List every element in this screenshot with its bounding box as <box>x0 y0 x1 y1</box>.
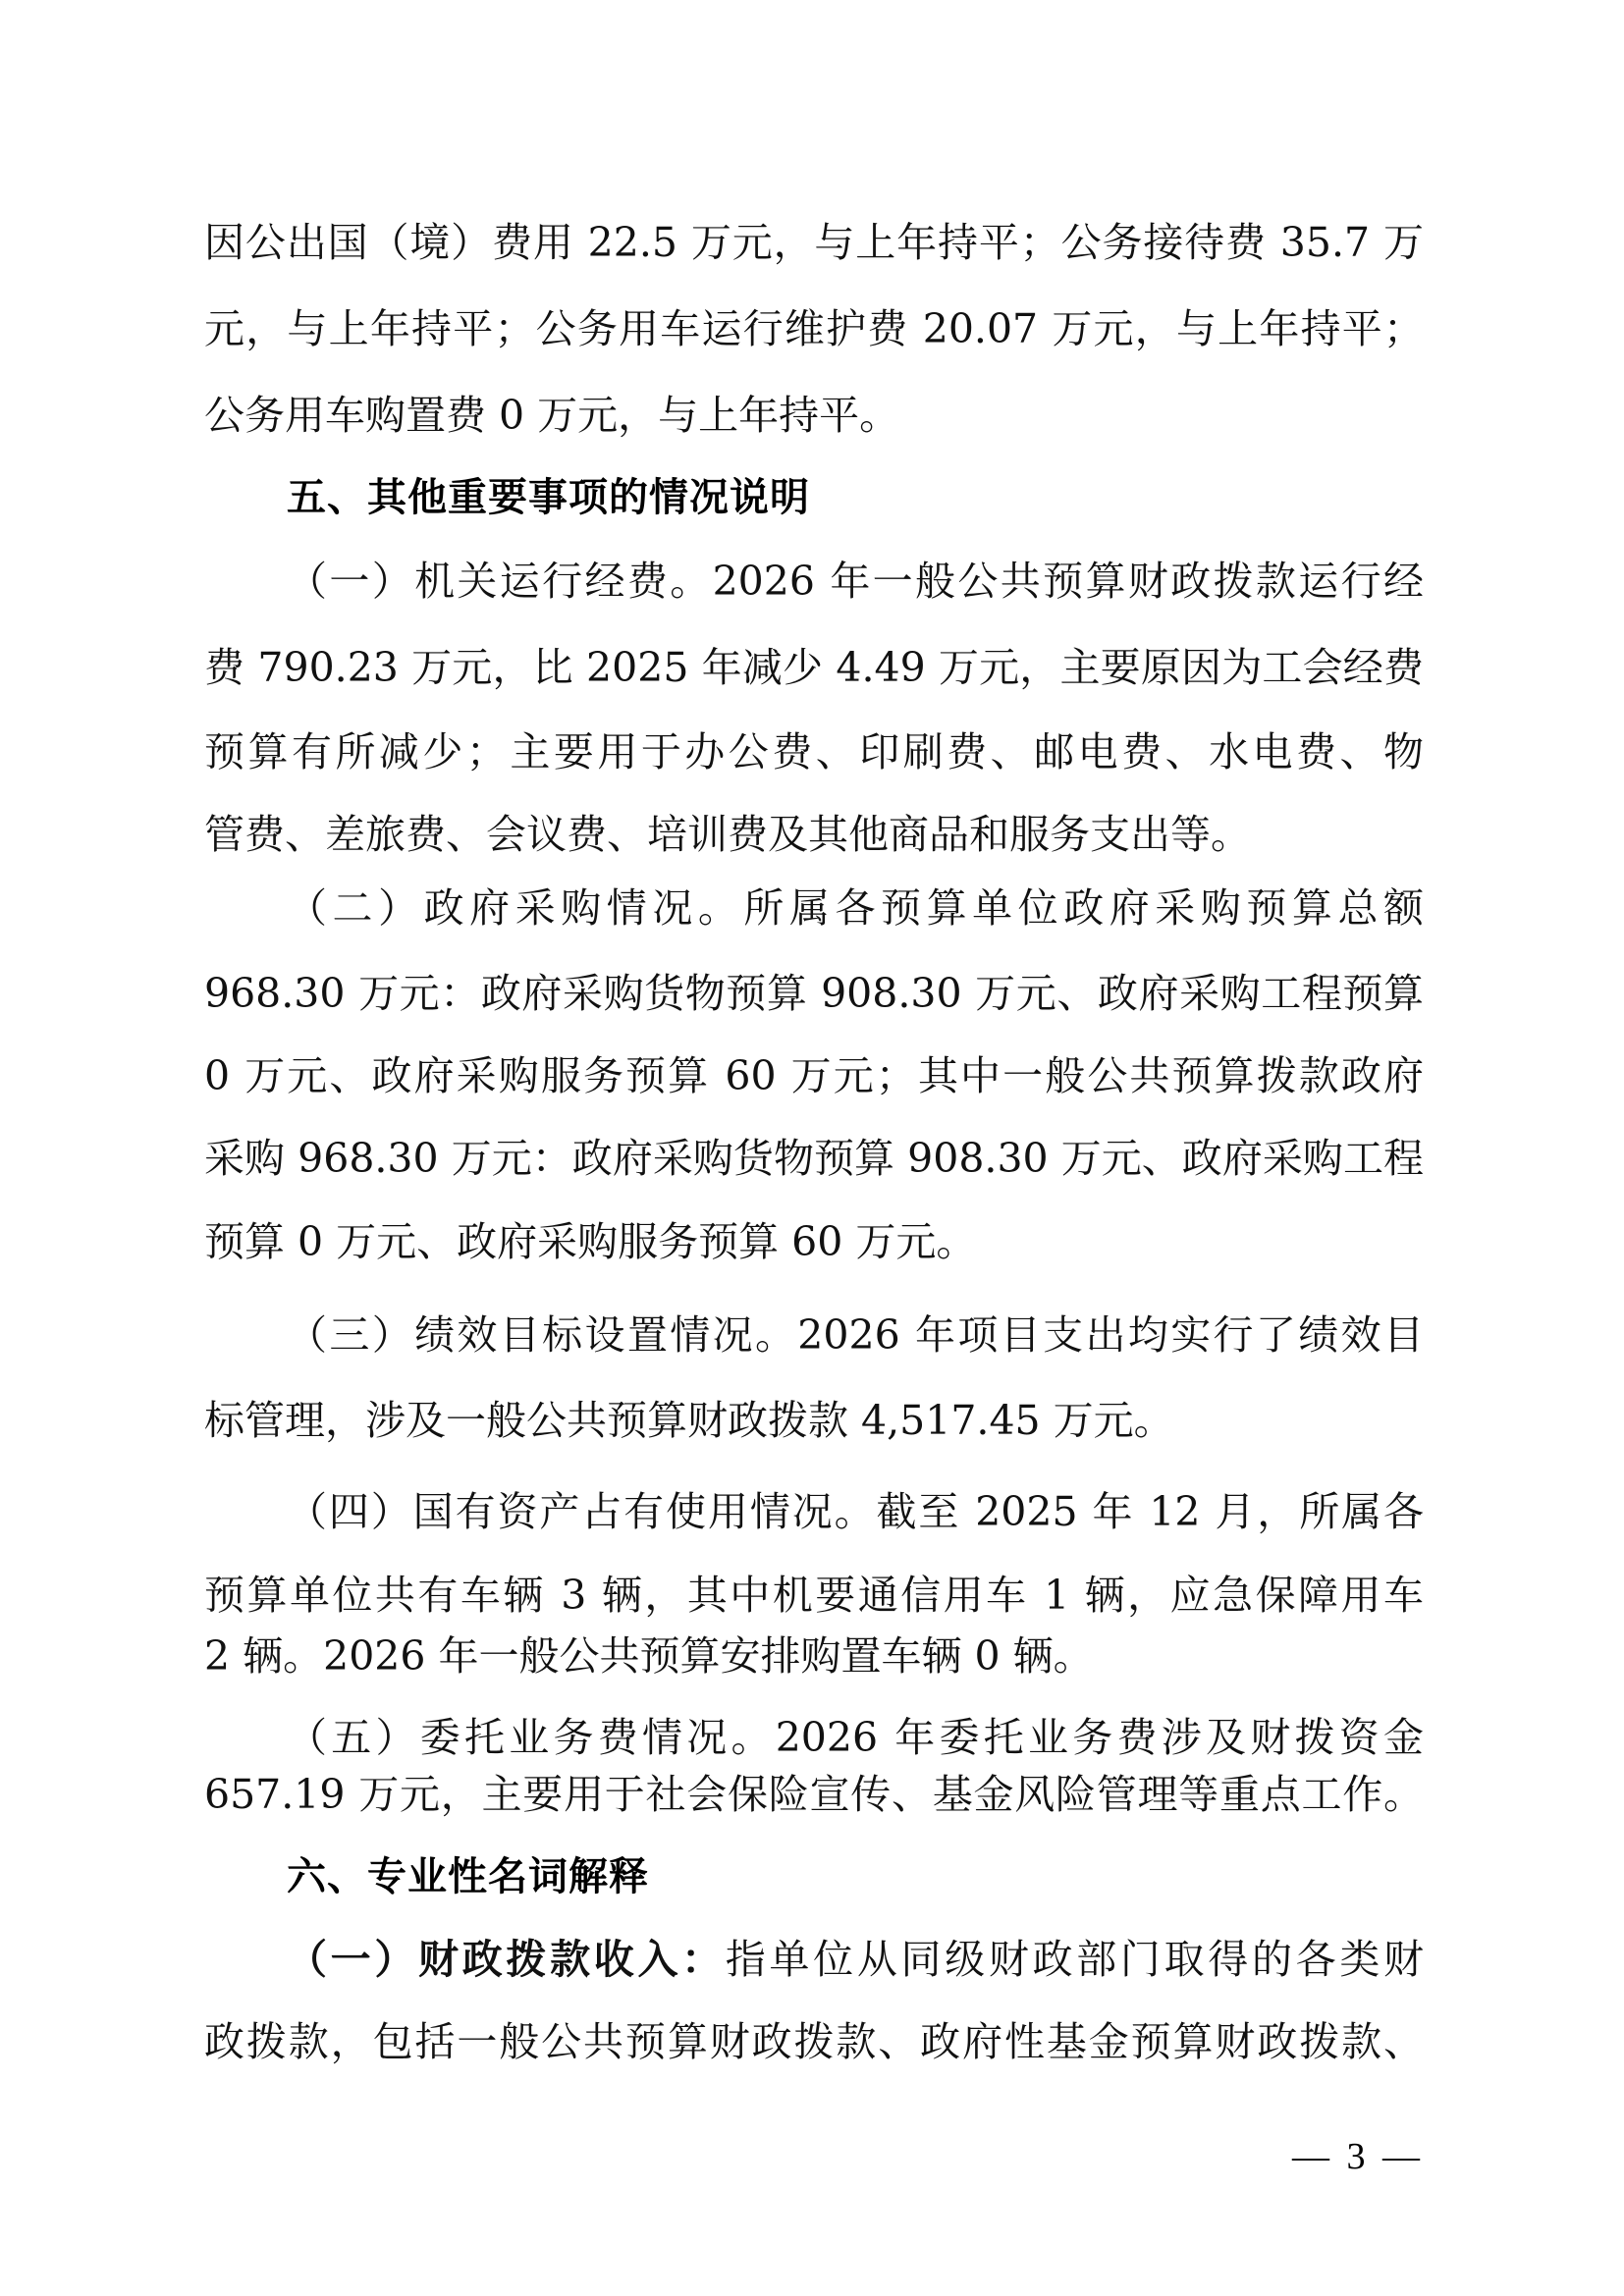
text-line: （四）国有资产占有使用情况。截至 2025 年 12 月，所属各 <box>287 1487 1424 1536</box>
page-number: — 3 — <box>1292 2134 1424 2179</box>
text-line: 2 辆。2026 年一般公共预算安排购置车辆 0 辆。 <box>204 1631 1424 1681</box>
text-line: 元，与上年持平；公务用车运行维护费 20.07 万元，与上年持平； <box>204 304 1424 353</box>
text-line: 因公出国（境）费用 22.5 万元，与上年持平；公务接待费 35.7 万 <box>204 218 1424 267</box>
section-heading-6: 六、专业性名词解释 <box>287 1852 649 1901</box>
text-line: 657.19 万元，主要用于社会保险宣传、基金风险管理等重点工作。 <box>204 1770 1424 1819</box>
text-line: 管费、差旅费、会议费、培训费及其他商品和服务支出等。 <box>204 810 1424 859</box>
text-line: 公务用车购置费 0 万元，与上年持平。 <box>204 391 1424 440</box>
text-line: 采购 968.30 万元：政府采购货物预算 908.30 万元、政府采购工程 <box>204 1134 1424 1183</box>
term-definition: 指单位从同级财政部门取得的各类财 <box>726 1936 1424 1983</box>
text-line: 标管理，涉及一般公共预算财政拨款 4,517.45 万元。 <box>204 1396 1424 1445</box>
text-line: 0 万元、政府采购服务预算 60 万元；其中一般公共预算拨款政府 <box>204 1051 1424 1100</box>
text-line: （三）绩效目标设置情况。2026 年项目支出均实行了绩效目 <box>287 1310 1424 1360</box>
text-line: 费 790.23 万元，比 2025 年减少 4.49 万元，主要原因为工会经费 <box>204 643 1424 692</box>
text-line: （二）政府采购情况。所属各预算单位政府采购预算总额 <box>287 883 1424 933</box>
section-heading-5: 五、其他重要事项的情况说明 <box>287 473 810 522</box>
text-line: （五）委托业务费情况。2026 年委托业务费涉及财拨资金 <box>287 1713 1424 1762</box>
text-line: 政拨款，包括一般公共预算财政拨款、政府性基金预算财政拨款、 <box>204 2017 1424 2066</box>
text-line: 预算单位共有车辆 3 辆，其中机要通信用车 1 辆，应急保障用车 <box>204 1571 1424 1620</box>
term-definition-line: （一）财政拨款收入：指单位从同级财政部门取得的各类财 <box>287 1935 1424 1984</box>
text-line: 968.30 万元：政府采购货物预算 908.30 万元、政府采购工程预算 <box>204 969 1424 1018</box>
text-line: 预算 0 万元、政府采购服务预算 60 万元。 <box>204 1217 1424 1266</box>
text-line: （一）机关运行经费。2026 年一般公共预算财政拨款运行经 <box>287 557 1424 606</box>
text-line: 预算有所减少；主要用于办公费、印刷费、邮电费、水电费、物 <box>204 727 1424 776</box>
document-page: 因公出国（境）费用 22.5 万元，与上年持平；公务接待费 35.7 万 元，与… <box>0 0 1624 2296</box>
term-label: （一）财政拨款收入： <box>287 1936 726 1983</box>
